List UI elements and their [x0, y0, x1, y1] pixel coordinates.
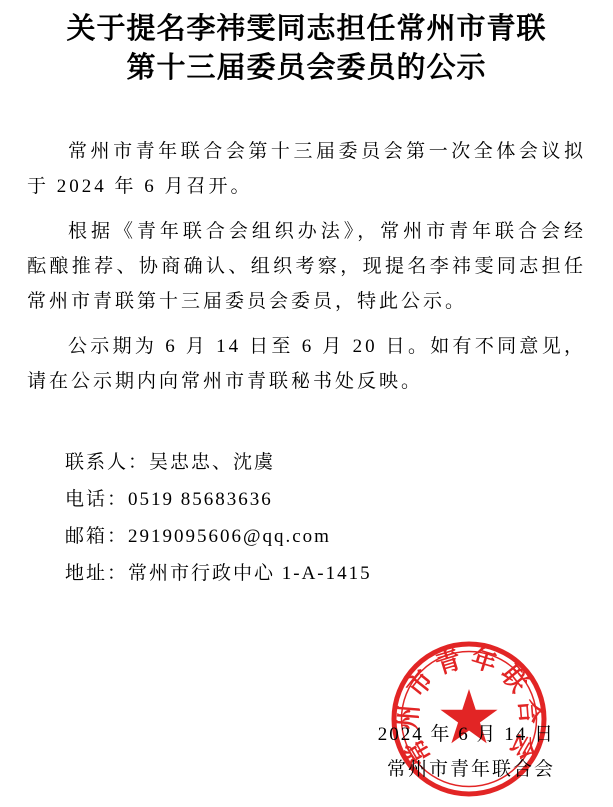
paragraph-nomination: 根据《青年联合会组织办法》，常州市青年联合会经酝酿推荐、协商确认、组织考察，现提…	[27, 214, 586, 319]
contact-info: 联系人：吴忠忠、沈虞 电话：0519 85683636 邮箱：291909560…	[65, 444, 372, 592]
contact-person-line: 联系人：吴忠忠、沈虞	[65, 444, 372, 481]
document-body: 常州市青年联合会第十三届委员会第一次全体会议拟于 2024 年 6 月召开。 根…	[27, 134, 586, 409]
contact-address-line: 地址：常州市行政中心 1-A-1415	[65, 555, 372, 592]
contact-phone-line: 电话：0519 85683636	[65, 481, 372, 518]
document-title: 关于提名李祎雯同志担任常州市青联 第十三届委员会委员的公示	[0, 10, 613, 88]
paragraph-publicity-period: 公示期为 6 月 14 日至 6 月 20 日。如有不同意见，请在公示期内向常州…	[27, 329, 586, 399]
contact-email-line: 邮箱：2919095606@qq.com	[65, 518, 372, 555]
signature-date: 2024 年 6 月 14 日	[0, 717, 555, 752]
signature-block: 2024 年 6 月 14 日 常州市青年联合会	[0, 717, 555, 787]
notice-document: 关于提名李祎雯同志担任常州市青联 第十三届委员会委员的公示 常州市青年联合会第十…	[0, 0, 613, 807]
document-title-line1: 关于提名李祎雯同志担任常州市青联	[0, 10, 613, 49]
document-title-line2: 第十三届委员会委员的公示	[0, 49, 613, 88]
signature-org: 常州市青年联合会	[0, 752, 555, 787]
paragraph-meeting-date: 常州市青年联合会第十三届委员会第一次全体会议拟于 2024 年 6 月召开。	[27, 134, 586, 204]
